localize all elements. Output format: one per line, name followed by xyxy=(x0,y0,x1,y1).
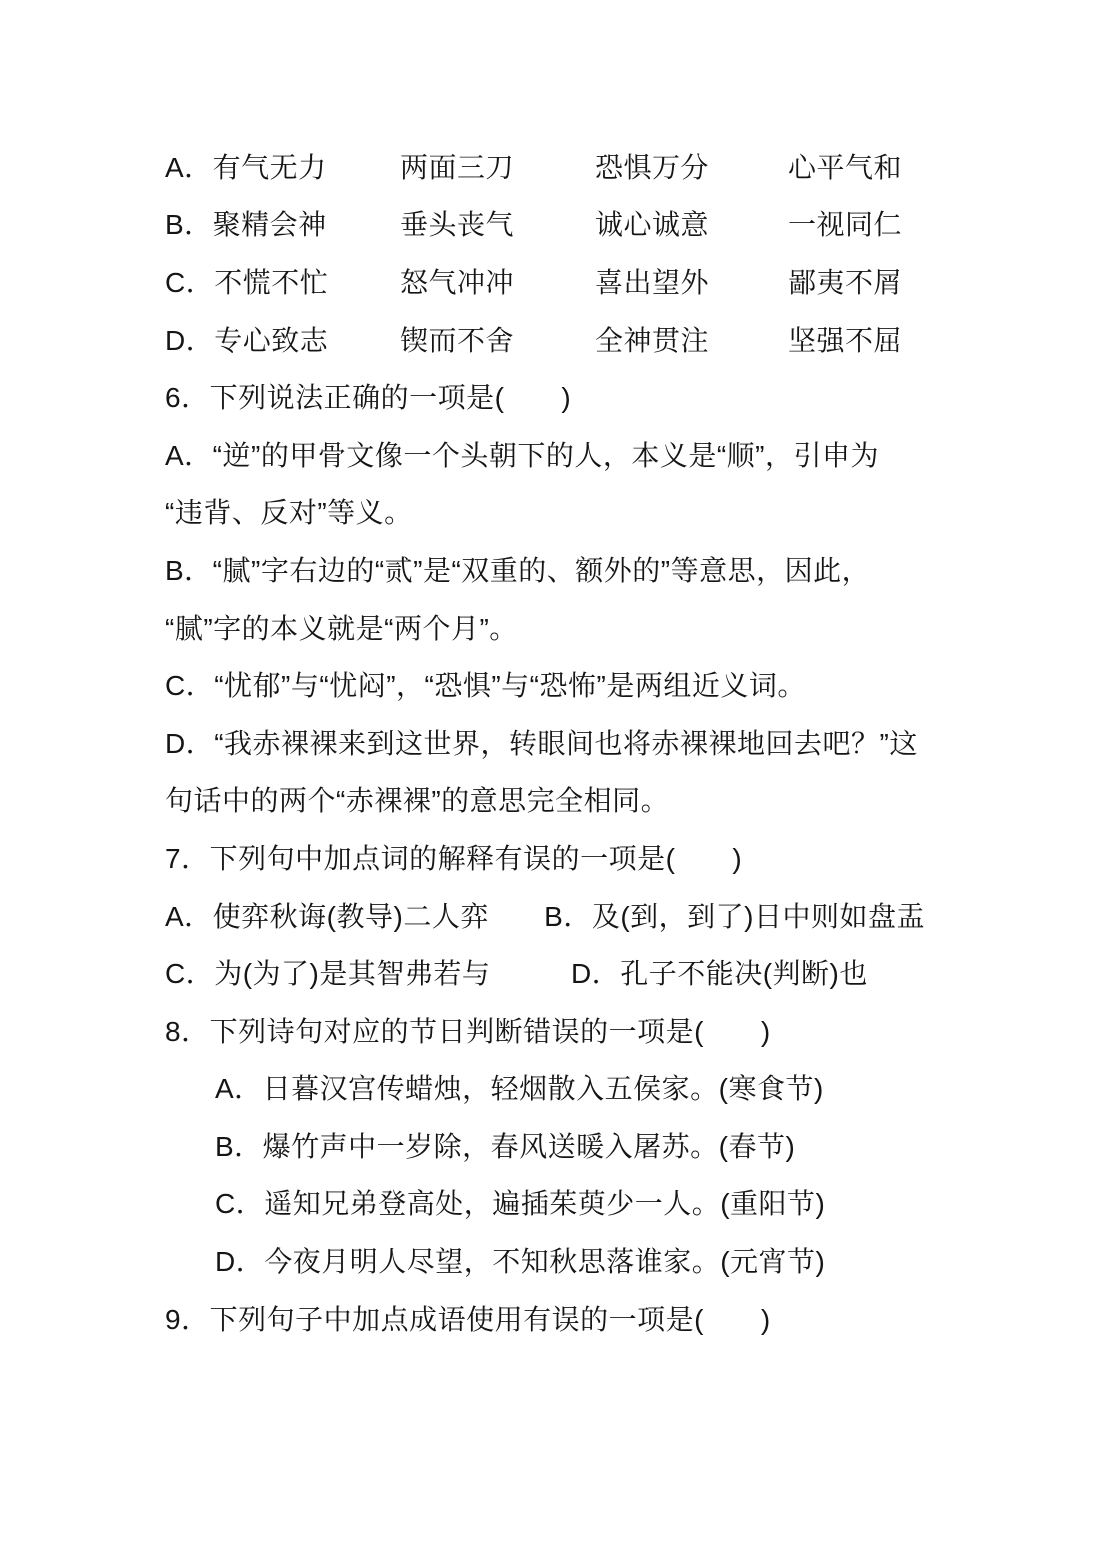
q5-c-cell-3: 喜出望外 xyxy=(595,261,788,301)
q6-option-a-line1: A．“逆”的甲骨文像一个头朝下的人，本义是“顺”，引申为 xyxy=(165,425,925,483)
q6-option-b-line1: B．“腻”字右边的“贰”是“双重的、额外的”等意思，因此， xyxy=(165,540,925,598)
q6-option-b-text1: B．“腻”字右边的“贰”是“双重的、额外的”等意思，因此， xyxy=(165,549,870,589)
q5-option-row-a: A．有气无力 两面三刀 恐惧万分 心平气和 xyxy=(165,137,925,195)
q7-option-c: C．为(为了)是其智弗若与 xyxy=(165,952,571,992)
q6-option-d-line1: D．“我赤裸裸来到这世界，转眼间也将赤裸裸地回去吧？”这 xyxy=(165,713,925,771)
q6-option-a-line2: “违背、反对”等义。 xyxy=(165,483,925,541)
q6-option-d-text1: D．“我赤裸裸来到这世界，转眼间也将赤裸裸地回去吧？”这 xyxy=(165,722,918,762)
q5-option-row-c: C．不慌不忙 怒气冲冲 喜出望外 鄙夷不屑 xyxy=(165,252,925,310)
q8-stem-text: 8．下列诗句对应的节日判断错误的一项是( ) xyxy=(165,1010,771,1050)
q8-option-b-text: B．爆竹声中一岁除，春风送暖入屠苏。(春节) xyxy=(215,1125,795,1165)
q6-option-a-text2: “违背、反对”等义。 xyxy=(165,491,413,531)
q8-option-c-text: C．遥知兄弟登高处，遍插茱萸少一人。(重阳节) xyxy=(215,1182,825,1222)
q8-option-b: B．爆竹声中一岁除，春风送暖入屠苏。(春节) xyxy=(165,1116,925,1174)
q5-a-cell-4: 心平气和 xyxy=(788,146,925,186)
q8-option-a-text: A．日暮汉宫传蜡烛，轻烟散入五侯家。(寒食节) xyxy=(215,1067,824,1107)
q5-d-cell-4: 坚强不屈 xyxy=(788,319,925,359)
q5-a-cell-1: A．有气无力 xyxy=(165,146,400,186)
exam-page: A．有气无力 两面三刀 恐惧万分 心平气和 B．聚精会神 垂头丧气 诚心诚意 一… xyxy=(0,0,1102,1559)
q5-option-row-b: B．聚精会神 垂头丧气 诚心诚意 一视同仁 xyxy=(165,195,925,253)
q5-a-cell-2: 两面三刀 xyxy=(400,146,595,186)
q5-b-cell-2: 垂头丧气 xyxy=(400,203,595,243)
q7-stem: 7．下列句中加点词的解释有误的一项是( ) xyxy=(165,828,925,886)
q7-option-b: B．及(到，到了)日中则如盘盂 xyxy=(544,895,925,935)
q5-d-cell-2: 锲而不舍 xyxy=(400,319,595,359)
q8-stem: 8．下列诗句对应的节日判断错误的一项是( ) xyxy=(165,1001,925,1059)
q6-stem-text: 6．下列说法正确的一项是( ) xyxy=(165,376,571,416)
q6-stem: 6．下列说法正确的一项是( ) xyxy=(165,367,925,425)
exam-content: A．有气无力 两面三刀 恐惧万分 心平气和 B．聚精会神 垂头丧气 诚心诚意 一… xyxy=(165,137,925,1346)
q7-option-d: D．孔子不能决(判断)也 xyxy=(571,952,925,992)
q7-option-a: A．使弈秋诲(教导)二人弈 xyxy=(165,895,544,935)
q7-option-row-ab: A．使弈秋诲(教导)二人弈 B．及(到，到了)日中则如盘盂 xyxy=(165,886,925,944)
q6-option-b-line2: “腻”字的本义就是“两个月”。 xyxy=(165,598,925,656)
q5-b-cell-3: 诚心诚意 xyxy=(595,203,788,243)
q8-option-d: D．今夜月明人尽望，不知秋思落谁家。(元宵节) xyxy=(165,1231,925,1289)
q5-b-cell-4: 一视同仁 xyxy=(788,203,925,243)
q6-option-a-text1: A．“逆”的甲骨文像一个头朝下的人，本义是“顺”，引申为 xyxy=(165,434,879,474)
q5-option-row-d: D．专心致志 锲而不舍 全神贯注 坚强不屈 xyxy=(165,310,925,368)
q5-c-cell-2: 怒气冲冲 xyxy=(400,261,595,301)
q7-option-row-cd: C．为(为了)是其智弗若与 D．孔子不能决(判断)也 xyxy=(165,943,925,1001)
q7-stem-text: 7．下列句中加点词的解释有误的一项是( ) xyxy=(165,837,742,877)
q6-option-b-text2: “腻”字的本义就是“两个月”。 xyxy=(165,607,518,647)
q6-option-c-text: C．“忧郁”与“忧闷”，“恐惧”与“恐怖”是两组近义词。 xyxy=(165,664,806,704)
q5-a-cell-3: 恐惧万分 xyxy=(595,146,788,186)
q8-option-d-text: D．今夜月明人尽望，不知秋思落谁家。(元宵节) xyxy=(215,1240,825,1280)
q8-option-c: C．遥知兄弟登高处，遍插茱萸少一人。(重阳节) xyxy=(165,1174,925,1232)
q5-b-cell-1: B．聚精会神 xyxy=(165,203,400,243)
q5-c-cell-4: 鄙夷不屑 xyxy=(788,261,925,301)
q6-option-c: C．“忧郁”与“忧闷”，“恐惧”与“恐怖”是两组近义词。 xyxy=(165,655,925,713)
q8-option-a: A．日暮汉宫传蜡烛，轻烟散入五侯家。(寒食节) xyxy=(165,1059,925,1117)
q9-stem: 9．下列句子中加点成语使用有误的一项是( ) xyxy=(165,1289,925,1347)
q9-stem-text: 9．下列句子中加点成语使用有误的一项是( ) xyxy=(165,1298,771,1338)
q6-option-d-line2: 句话中的两个“赤裸裸”的意思完全相同。 xyxy=(165,771,925,829)
q5-c-cell-1: C．不慌不忙 xyxy=(165,261,400,301)
q6-option-d-text2: 句话中的两个“赤裸裸”的意思完全相同。 xyxy=(165,779,669,819)
q5-d-cell-1: D．专心致志 xyxy=(165,319,400,359)
q5-d-cell-3: 全神贯注 xyxy=(595,319,788,359)
